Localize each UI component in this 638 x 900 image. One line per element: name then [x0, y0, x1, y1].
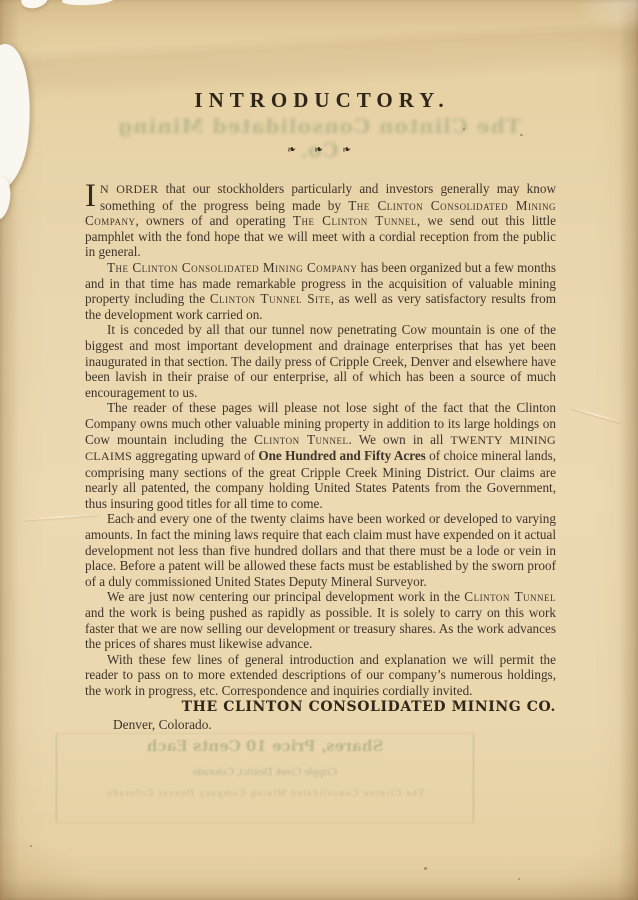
- signature-line: THE CLINTON CONSOLIDATED MINING CO.: [85, 700, 556, 716]
- torn-edge-chip: [0, 177, 13, 222]
- paragraph-development: Each and every one of the twenty claims …: [85, 511, 556, 589]
- torn-top-sliver: [62, 0, 114, 6]
- paragraph-organized: The Clinton Consolidated Mining Company …: [85, 260, 556, 322]
- bleed-through-box: Shares, Price 10 Cents Each Cripple Cree…: [56, 733, 474, 823]
- document-page: The Clinton Consolidated Mining Co. INTR…: [0, 0, 638, 900]
- paragraph-shares: We are just now centering our principal …: [85, 589, 556, 651]
- paper-crease: [571, 407, 622, 423]
- fleuron-icon: ❧: [313, 142, 325, 157]
- paragraph-closing: With these few lines of general introduc…: [85, 652, 556, 699]
- fleuron-icon: ❧: [340, 142, 352, 157]
- paragraph-tunnel: It is conceded by all that our tunnel no…: [85, 322, 556, 400]
- paragraph-claims: The reader of these pages will please no…: [85, 400, 556, 511]
- torn-notch: [20, 0, 50, 11]
- torn-corner: [0, 41, 38, 198]
- paragraph-intro: IN ORDER that our stockholders particula…: [85, 181, 556, 260]
- paper-speck: [518, 878, 520, 880]
- paper-speck: [520, 134, 523, 136]
- bleed-through-line: Cripple Creek District, Colorado: [57, 766, 473, 778]
- bleed-through-line: Shares, Price 10 Cents Each: [57, 737, 473, 755]
- page-title: INTRODUCTORY.: [0, 88, 638, 113]
- ornament-row: ❧ ❧ ❧: [0, 140, 638, 158]
- fleuron-icon: ❧: [286, 142, 298, 157]
- paper-speck: [463, 128, 465, 130]
- bleed-through-line: The Clinton Consolidated Mining Company …: [57, 789, 473, 799]
- paper-speck: [30, 845, 32, 847]
- paper-speck: [424, 867, 427, 870]
- place-line: Denver, Colorado.: [85, 717, 556, 733]
- paper-speck: [133, 518, 135, 520]
- document-body: IN ORDER that our stockholders particula…: [85, 181, 556, 733]
